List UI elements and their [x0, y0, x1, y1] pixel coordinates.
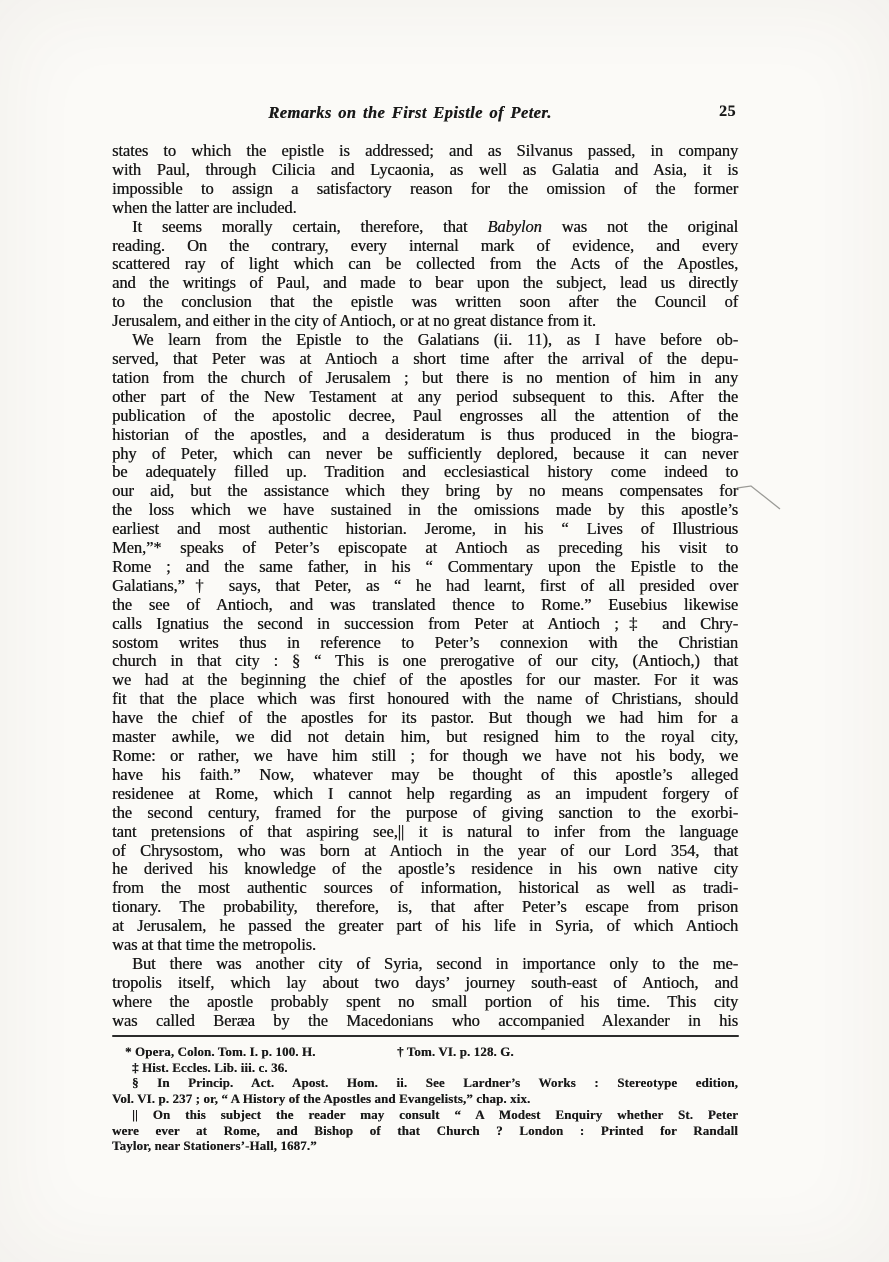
paragraph: § In Princip. Act. Apost. Hom. ii. See L…	[112, 1075, 738, 1106]
paragraph: But there was another city of Syria, sec…	[112, 955, 738, 1031]
text-line: of Chrysostom, who was born at Antioch i…	[112, 842, 738, 861]
footnote-row: * Opera, Colon. Tom. I. p. 100. H. † Tom…	[112, 1044, 738, 1060]
text-line: and the writings of Paul, and made to be…	[112, 274, 738, 293]
paragraph: ‡ Hist. Eccles. Lib. iii. c. 36.	[112, 1060, 738, 1076]
footnote-divider-rule	[112, 1035, 739, 1037]
text-line: earliest and most authentic historian. J…	[112, 520, 738, 539]
text-line: tation from the church of Jerusalem ; bu…	[112, 369, 738, 388]
text-line: served, that Peter was at Antioch a shor…	[112, 350, 738, 369]
text-line: be adequately filled up. Tradition and e…	[112, 463, 738, 482]
text-line: the second century, framed for the purpo…	[112, 804, 738, 823]
text-line: ‡ Hist. Eccles. Lib. iii. c. 36.	[112, 1060, 738, 1076]
text-line: || On this subject the reader may consul…	[112, 1107, 738, 1123]
text-line: he derived his knowledge of the apostle’…	[112, 860, 738, 879]
text-line: where the apostle probably spent no smal…	[112, 993, 738, 1012]
text-line: tionary. The probability, therefore, is,…	[112, 898, 738, 917]
footnotes-section: * Opera, Colon. Tom. I. p. 100. H. † Tom…	[112, 1044, 738, 1154]
text-line: we had at the beginning the chief of the…	[112, 671, 738, 690]
text-line: residenee at Rome, which I cannot help r…	[112, 785, 738, 804]
text-line: Men,”* speaks of Peter’s episcopate at A…	[112, 539, 738, 558]
text-line: But there was another city of Syria, sec…	[112, 955, 738, 974]
text-line: phy of Peter, which can never be suffici…	[112, 445, 738, 464]
text-line: the loss which we have sustained in the …	[112, 501, 738, 520]
text-line: calls Ignatius the second in succession …	[112, 615, 738, 634]
text-line: fit that the place which was first honou…	[112, 690, 738, 709]
paragraph: states to which the epistle is addressed…	[112, 142, 738, 218]
text-line: our aid, but the assistance which they b…	[112, 482, 738, 501]
text-line: was at that time the metropolis.	[112, 936, 738, 955]
paragraph: It seems morally certain, therefore, tha…	[112, 218, 738, 331]
text-line: Taylor, near Stationers’-Hall, 1687.”	[112, 1138, 738, 1154]
text-line: the see of Antioch, and was translated t…	[112, 596, 738, 615]
text-line: other part of the New Testament at any p…	[112, 388, 738, 407]
text-line: when the latter are included.	[112, 199, 738, 218]
text-line: Vol. VI. p. 237 ; or, “ A History of the…	[112, 1091, 738, 1107]
text-line: sostom writes thus in reference to Peter…	[112, 634, 738, 653]
running-title: Remarks on the First Epistle of Peter.	[112, 103, 708, 123]
text-line: Rome ; and the same father, in his “ Com…	[112, 558, 738, 577]
text-line: church in that city : § “ This is one pr…	[112, 652, 738, 671]
text-line: were ever at Rome, and Bishop of that Ch…	[112, 1123, 738, 1139]
footnote-entries: ‡ Hist. Eccles. Lib. iii. c. 36.§ In Pri…	[112, 1060, 738, 1154]
paragraph: || On this subject the reader may consul…	[112, 1107, 738, 1154]
book-page: Remarks on the First Epistle of Peter. 2…	[0, 0, 889, 1262]
text-line: was called Beræa by the Macedonians who …	[112, 1012, 738, 1031]
text-line: We learn from the Epistle to the Galatia…	[112, 331, 738, 350]
text-line: reading. On the contrary, every internal…	[112, 237, 738, 256]
text-line: It seems morally certain, therefore, tha…	[112, 218, 738, 237]
text-line: Jerusalem, and either in the city of Ant…	[112, 312, 738, 331]
text-line: have the chief of the apostles for its p…	[112, 709, 738, 728]
paragraph: We learn from the Epistle to the Galatia…	[112, 331, 738, 955]
scan-artifact-mark	[735, 478, 855, 528]
text-line: scattered ray of light which can be coll…	[112, 255, 738, 274]
footnote-asterisk: * Opera, Colon. Tom. I. p. 100. H.	[125, 1044, 315, 1060]
text-line: historian of the apostles, and a desider…	[112, 426, 738, 445]
text-line: § In Princip. Act. Apost. Hom. ii. See L…	[112, 1075, 738, 1091]
text-line: tant pretensions of that aspiring see,||…	[112, 823, 738, 842]
text-line: from the most authentic sources of infor…	[112, 879, 738, 898]
text-line: tropolis itself, which lay about two day…	[112, 974, 738, 993]
page-header: Remarks on the First Epistle of Peter. 2…	[112, 103, 738, 125]
text-line: states to which the epistle is addressed…	[112, 142, 738, 161]
page-number: 25	[719, 103, 736, 121]
text-line: Galatians,”† says, that Peter, as “ he h…	[112, 577, 738, 596]
text-line: to the conclusion that the epistle was w…	[112, 293, 738, 312]
body-text: states to which the epistle is addressed…	[112, 142, 738, 1031]
text-line: master awhile, we did not detain him, bu…	[112, 728, 738, 747]
text-line: have his faith.” Now, whatever may be th…	[112, 766, 738, 785]
text-line: at Jerusalem, he passed the greater part…	[112, 917, 738, 936]
text-line: publication of the apostolic decree, Pau…	[112, 407, 738, 426]
text-line: with Paul, through Cilicia and Lycaonia,…	[112, 161, 738, 180]
text-line: Rome: or rather, we have him still ; for…	[112, 747, 738, 766]
footnote-dagger: † Tom. VI. p. 128. G.	[397, 1044, 514, 1060]
text-line: impossible to assign a satisfactory reas…	[112, 180, 738, 199]
